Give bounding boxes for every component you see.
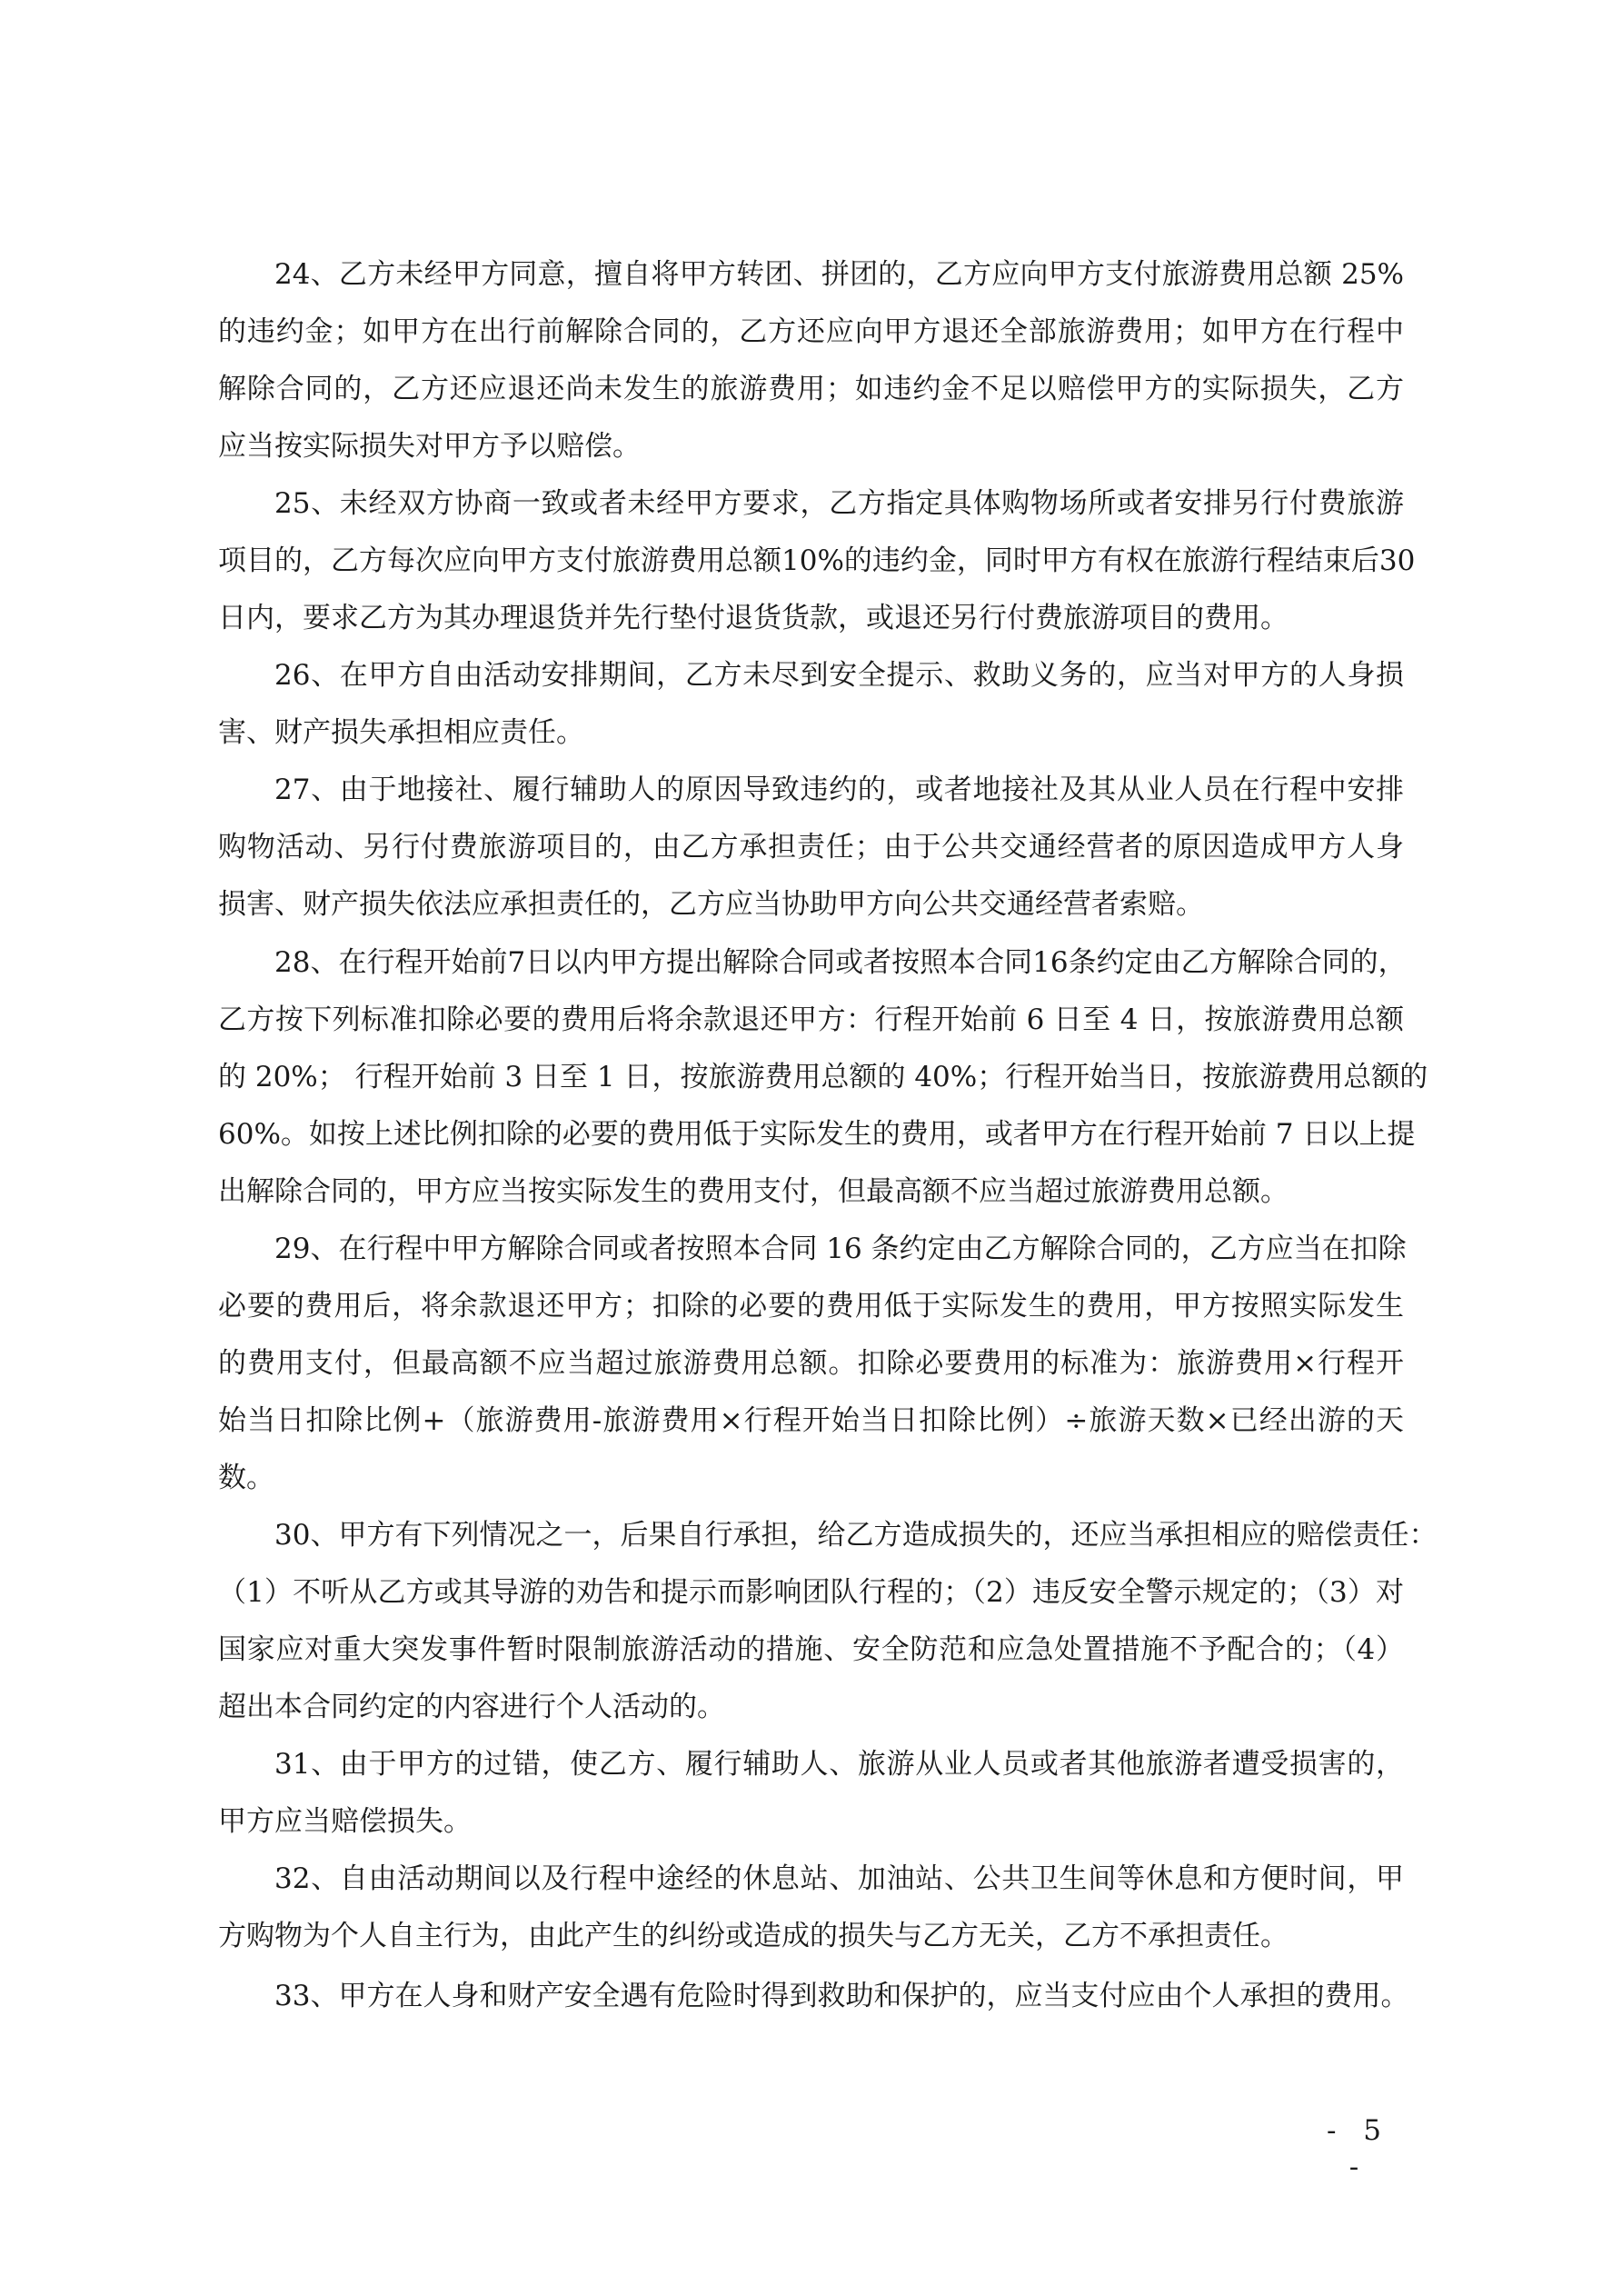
paragraph-26-line-2: 害、财产损失承担相应责任。 [218, 714, 1404, 751]
paragraph-26-line-1: 26、在甲方自由活动安排期间，乙方未尽到安全提示、救助义务的，应当对甲方的人身损 [274, 657, 1404, 694]
paragraph-29-line-2: 必要的费用后，将余款退还甲方；扣除的必要的费用低于实际发生的费用，甲方按照实际发… [218, 1288, 1404, 1324]
paragraph-32-line-1: 32、自由活动期间以及行程中途经的休息站、加油站、公共卫生间等休息和方便时间，甲 [274, 1861, 1404, 1897]
paragraph-29-line-1: 29、在行程中甲方解除合同或者按照本合同 16 条约定由乙方解除合同的，乙方应当… [274, 1231, 1404, 1267]
paragraph-29-line-3: 的费用支付，但最高额不应当超过旅游费用总额。扣除必要费用的标准为：旅游费用×行程… [218, 1345, 1404, 1382]
paragraph-24-line-1: 24、乙方未经甲方同意，擅自将甲方转团、拼团的，乙方应向甲方支付旅游费用总额 2… [274, 256, 1404, 293]
paragraph-24-line-2: 的违约金；如甲方在出行前解除合同的，乙方还应向甲方退还全部旅游费用；如甲方在行程… [218, 314, 1404, 350]
paragraph-27-line-2: 购物活动、另行付费旅游项目的，由乙方承担责任；由于公共交通经营者的原因造成甲方人… [218, 829, 1404, 865]
paragraph-30-line-2: （1）不听从乙方或其导游的劝告和提示而影响团队行程的；（2）违反安全警示规定的；… [218, 1574, 1404, 1611]
paragraph-31-line-2: 甲方应当赔偿损失。 [218, 1803, 1404, 1840]
paragraph-28-line-4: 60%。如按上述比例扣除的必要的费用低于实际发生的费用，或者甲方在行程开始前 7… [218, 1116, 1404, 1153]
paragraph-32-line-2: 方购物为个人自主行为，由此产生的纠纷或造成的损失与乙方无关，乙方不承担责任。 [218, 1918, 1404, 1954]
paragraph-29-line-4: 始当日扣除比例+（旅游费用-旅游费用×行程开始当日扣除比例）÷旅游天数×已经出游… [218, 1403, 1404, 1439]
document-page: 24、乙方未经甲方同意，擅自将甲方转团、拼团的，乙方应向甲方支付旅游费用总额 2… [0, 0, 1622, 2296]
paragraph-28-line-5: 出解除合同的，甲方应当按实际发生的费用支付，但最高额不应当超过旅游费用总额。 [218, 1173, 1404, 1210]
paragraph-28-line-2: 乙方按下列标准扣除必要的费用后将余款退还甲方：行程开始前 6 日至 4 日，按旅… [218, 1002, 1404, 1038]
paragraph-28-line-3: 的 20%； 行程开始前 3 日至 1 日，按旅游费用总额的 40%；行程开始当… [218, 1059, 1404, 1095]
paragraph-31-line-1: 31、由于甲方的过错，使乙方、履行辅助人、旅游从业人员或者其他旅游者遭受损害的， [274, 1746, 1404, 1782]
paragraph-30-line-3: 国家应对重大突发事件暂时限制旅游活动的措施、安全防范和应急处置措施不予配合的；（… [218, 1632, 1404, 1668]
paragraph-24-line-3: 解除合同的，乙方还应退还尚未发生的旅游费用；如违约金不足以赔偿甲方的实际损失，乙… [218, 371, 1404, 407]
page-number: - 5 - [1309, 2112, 1408, 2149]
paragraph-25-line-2: 项目的，乙方每次应向甲方支付旅游费用总额10%的违约金，同时甲方有权在旅游行程结… [218, 543, 1404, 579]
paragraph-27-line-1: 27、由于地接社、履行辅助人的原因导致违约的，或者地接社及其从业人员在行程中安排 [274, 772, 1404, 808]
paragraph-25-line-3: 日内，要求乙方为其办理退货并先行垫付退货货款，或退还另行付费旅游项目的费用。 [218, 600, 1404, 636]
paragraph-28-line-1: 28、在行程开始前7日以内甲方提出解除合同或者按照本合同16条约定由乙方解除合同… [274, 944, 1404, 981]
paragraph-33-line-1: 33、甲方在人身和财产安全遇有危险时得到救助和保护的，应当支付应由个人承担的费用… [274, 1978, 1404, 2014]
paragraph-29-line-5: 数。 [218, 1460, 1404, 1496]
paragraph-25-line-1: 25、未经双方协商一致或者未经甲方要求，乙方指定具体购物场所或者安排另行付费旅游 [274, 485, 1404, 522]
paragraph-30-line-1: 30、甲方有下列情况之一，后果自行承担，给乙方造成损失的，还应当承担相应的赔偿责… [274, 1517, 1404, 1553]
paragraph-27-line-3: 损害、财产损失依法应承担责任的，乙方应当协助甲方向公共交通经营者索赔。 [218, 886, 1404, 923]
paragraph-24-line-4: 应当按实际损失对甲方予以赔偿。 [218, 428, 1404, 464]
paragraph-30-line-4: 超出本合同约定的内容进行个人活动的。 [218, 1689, 1404, 1725]
